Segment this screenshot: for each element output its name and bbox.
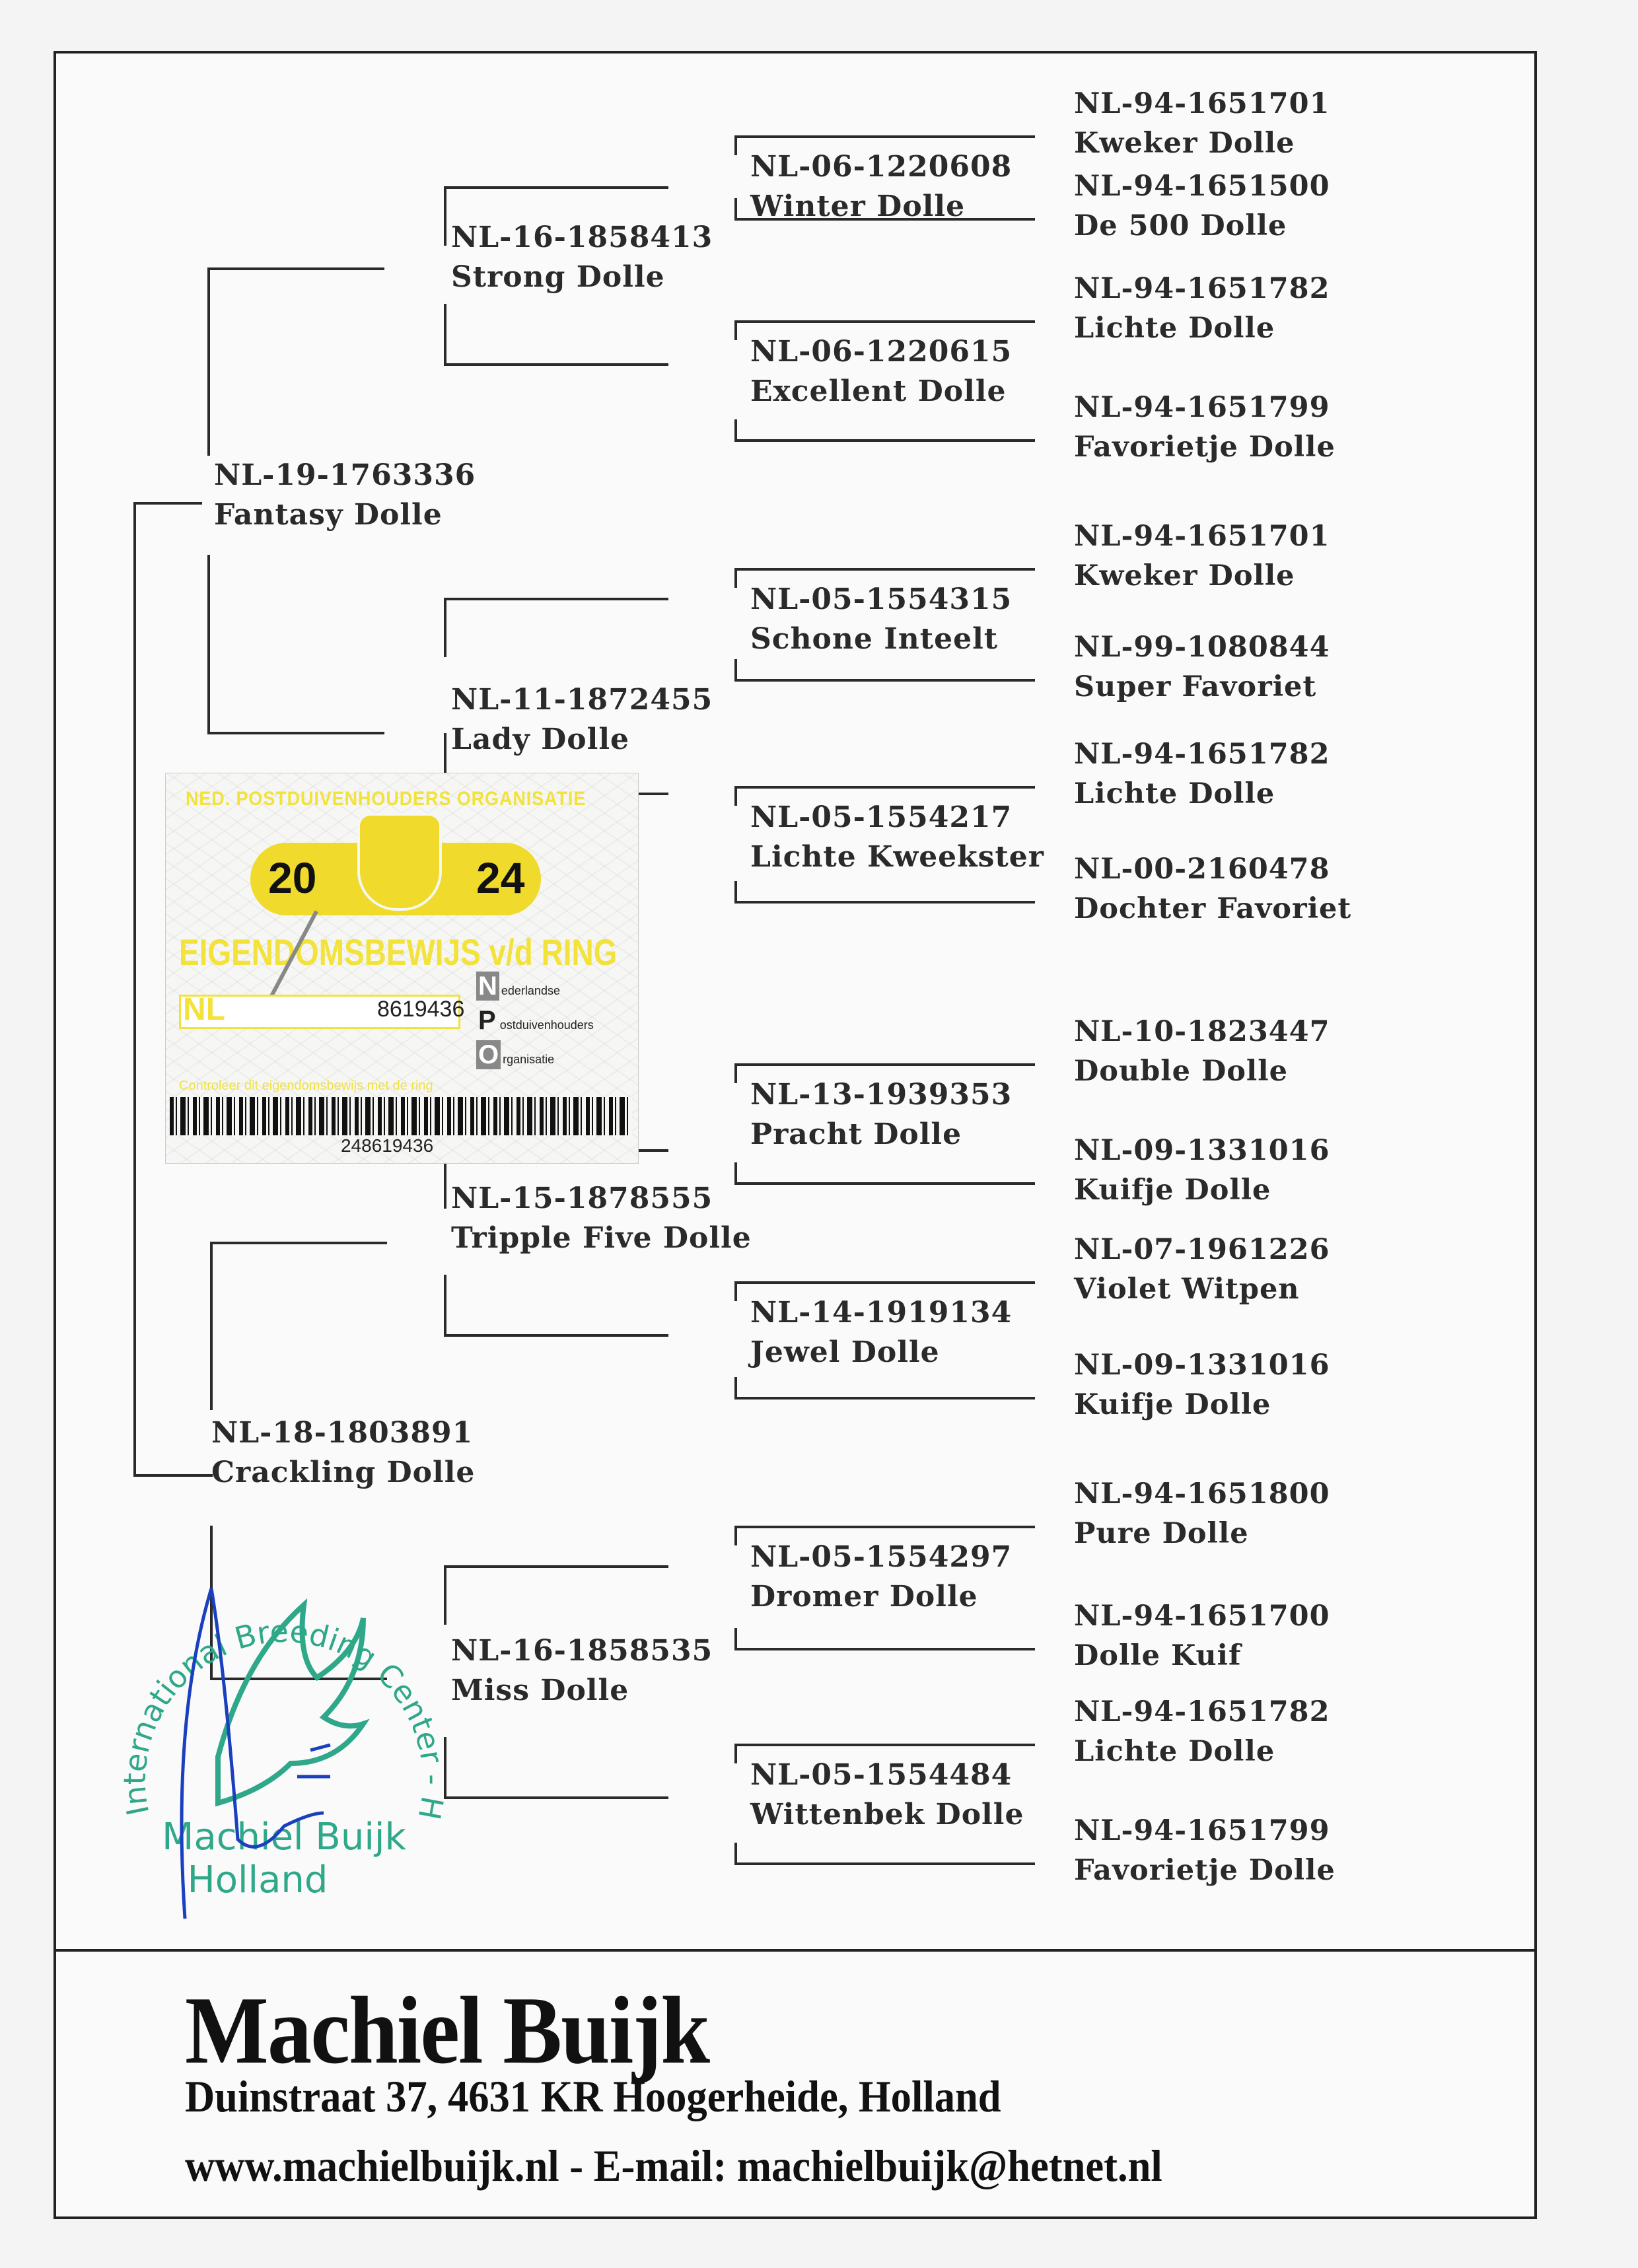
bird-name: Crackling Dolle (211, 1453, 475, 1493)
bird-name: Super Favoriet (1074, 667, 1330, 707)
bird-name: Violet Witpen (1074, 1269, 1330, 1309)
great-great-grandparent: NL-09-1331016Kuifje Dolle (1074, 1131, 1330, 1210)
npo-line: Organisatie (476, 1040, 554, 1070)
bird-name: Excellent Dolle (750, 372, 1012, 411)
ring-number: NL-07-1961226 (1074, 1230, 1330, 1269)
bird-name: Dromer Dolle (750, 1577, 1012, 1617)
great-great-grandparent: NL-99-1080844Super Favoriet (1074, 627, 1330, 707)
eagle-stamp-icon: International Breeding Center - Hoogerhe… (106, 1559, 462, 1929)
connector-line (734, 1526, 737, 1545)
connector-line (444, 1796, 668, 1799)
connector-line (734, 1744, 1035, 1746)
connector-line (207, 267, 210, 456)
great-great-grandparent: NL-00-2160478Dochter Favoriet (1074, 849, 1351, 929)
connector-line (444, 1334, 668, 1337)
ring-number: NL-13-1939353 (750, 1075, 1012, 1115)
connector-line (734, 1843, 737, 1862)
great-great-grandparent: NL-10-1823447Double Dolle (1074, 1012, 1330, 1091)
connector-line (207, 555, 210, 733)
ring-ownership-card: NED. POSTDUIVENHOUDERS ORGANISATIE 20 24… (165, 773, 639, 1164)
bird-name: Dochter Favoriet (1074, 889, 1351, 929)
grandparent: NL-16-1858413Strong Dolle (451, 218, 713, 297)
connector-line (444, 304, 446, 363)
bird-name: Schone Inteelt (750, 620, 1012, 659)
card-organisation: NED. POSTDUIVENHOUDERS ORGANISATIE (186, 788, 586, 810)
connector-line (210, 1242, 213, 1410)
connector-line (734, 419, 737, 439)
lion-shield-icon (357, 813, 442, 911)
connector-line (444, 1565, 668, 1568)
great-grandparent: NL-13-1939353Pracht Dolle (750, 1075, 1012, 1154)
bird-name: Lichte Dolle (1074, 774, 1330, 814)
connector-line (444, 186, 668, 189)
ring-number: NL-94-1651700 (1074, 1596, 1330, 1636)
ring-number: NL-94-1651782 (1074, 1692, 1330, 1732)
connector-line (734, 568, 737, 588)
barcode-number: 248619436 (341, 1135, 433, 1156)
great-great-grandparent: NL-09-1331016Kuifje Dolle (1074, 1345, 1330, 1425)
bird-name: Lichte Kweekster (750, 837, 1044, 877)
ring-number: NL-94-1651701 (1074, 516, 1330, 556)
ring-number: NL-10-1823447 (1074, 1012, 1330, 1051)
ring-number: NL-05-1554315 (750, 580, 1012, 620)
connector-line (734, 1182, 1035, 1185)
ring-number: NL-05-1554297 (750, 1538, 1012, 1577)
great-great-grandparent: NL-07-1961226Violet Witpen (1074, 1230, 1330, 1309)
great-great-grandparent: NL-94-1651701Kweker Dolle (1074, 84, 1330, 163)
bird-name: Winter Dolle (750, 187, 1012, 227)
connector-line (734, 786, 737, 806)
bird-name: Miss Dolle (451, 1671, 713, 1711)
ring-number: NL-94-1651799 (1074, 388, 1335, 427)
bird-name: Kuifje Dolle (1074, 1385, 1330, 1425)
npo-letter: P (476, 1006, 498, 1035)
footer-divider (53, 1949, 1537, 1952)
bird-name: Double Dolle (1074, 1051, 1330, 1091)
ring-number: NL-14-1919134 (750, 1293, 1012, 1333)
bird-name: Pracht Dolle (750, 1115, 1012, 1154)
connector-line (734, 1648, 1035, 1650)
connector-line (734, 1526, 1035, 1528)
ring-number: NL-94-1651800 (1074, 1474, 1330, 1514)
npo-line: Nederlandse (476, 972, 560, 1001)
connector-line (734, 198, 737, 218)
connector-line (734, 135, 737, 155)
svg-text:Holland: Holland (188, 1859, 328, 1901)
bird-name: Dolle Kuif (1074, 1636, 1330, 1676)
great-great-grandparent: NL-94-1651800Pure Dolle (1074, 1474, 1330, 1553)
bird-name: Favorietje Dolle (1074, 1851, 1335, 1890)
bird-name: Kweker Dolle (1074, 556, 1330, 596)
connector-line (734, 1397, 1035, 1400)
connector-line (133, 502, 202, 505)
connector-line (734, 568, 1035, 571)
connector-line (734, 320, 737, 340)
ring-number: NL-16-1858413 (451, 218, 713, 258)
bird-name: Fantasy Dolle (214, 495, 476, 535)
dam: NL-18-1803891Crackling Dolle (211, 1413, 475, 1493)
ring-number: NL-09-1331016 (1074, 1345, 1330, 1385)
connector-line (444, 363, 668, 366)
svg-text:International Breeding Center: International Breeding Center - Hoogerhe… (106, 1559, 451, 1823)
great-grandparent: NL-05-1554484Wittenbek Dolle (750, 1755, 1024, 1835)
bird-name: Wittenbek Dolle (750, 1795, 1024, 1835)
connector-line (133, 502, 136, 1477)
ring-number: NL-06-1220608 (750, 147, 1012, 187)
sire: NL-19-1763336Fantasy Dolle (214, 456, 476, 535)
connector-line (734, 786, 1035, 789)
great-grandparent: NL-06-1220608Winter Dolle (750, 147, 1012, 227)
connector-line (734, 1281, 737, 1301)
connector-line (207, 732, 384, 734)
npo-word: ostduivenhouders (500, 1018, 594, 1032)
ring-number: NL-05-1554484 (750, 1755, 1024, 1795)
connector-line (734, 901, 1035, 904)
ring-number: NL-00-2160478 (1074, 849, 1351, 889)
card-year-right: 24 (476, 853, 524, 903)
card-ring-number: 8619436 (377, 997, 464, 1022)
connector-line (444, 598, 668, 600)
grandparent: NL-16-1858535Miss Dolle (451, 1631, 713, 1711)
bird-name: Jewel Dolle (750, 1333, 1012, 1372)
great-great-grandparent: NL-94-1651782Lichte Dolle (1074, 269, 1330, 348)
ring-number: NL-11-1872455 (451, 680, 713, 720)
npo-letter: O (476, 1040, 501, 1069)
npo-word: rganisatie (503, 1053, 554, 1066)
ring-number: NL-09-1331016 (1074, 1131, 1330, 1170)
connector-line (734, 1862, 1035, 1865)
great-grandparent: NL-05-1554297Dromer Dolle (750, 1538, 1012, 1617)
great-great-grandparent: NL-94-1651782Lichte Dolle (1074, 734, 1330, 814)
connector-line (734, 881, 737, 901)
ring-number: NL-94-1651799 (1074, 1811, 1335, 1851)
connector-line (734, 320, 1035, 323)
ring-number: NL-99-1080844 (1074, 627, 1330, 667)
ring-number: NL-06-1220615 (750, 332, 1012, 372)
bird-name: De 500 Dolle (1074, 206, 1330, 246)
bird-name: Lichte Dolle (1074, 308, 1330, 348)
connector-line (734, 1377, 737, 1397)
breeder-name: Machiel Buijk (185, 1975, 709, 2086)
ring-number: NL-16-1858535 (451, 1631, 713, 1671)
connector-line (734, 1063, 737, 1083)
svg-text:Machiel Buijk: Machiel Buijk (162, 1816, 406, 1859)
card-control-text: Controleer dit eigendomsbewijs met de ri… (179, 1079, 433, 1094)
bird-name: Tripple Five Dolle (451, 1219, 752, 1258)
npo-word: ederlandse (501, 984, 560, 997)
connector-line (734, 439, 1035, 442)
card-title: EIGENDOMSBEWIJS v/d RING (179, 931, 617, 974)
breeding-center-stamp: International Breeding Center - Hoogerhe… (106, 1559, 462, 1929)
great-grandparent: NL-05-1554217Lichte Kweekster (750, 798, 1044, 877)
ring-number: NL-05-1554217 (750, 798, 1044, 837)
ring-number: NL-15-1878555 (451, 1179, 752, 1219)
connector-line (444, 1275, 446, 1334)
breeder-address: Duinstraat 37, 4631 KR Hoogerheide, Holl… (185, 2071, 1001, 2123)
barcode-icon (170, 1097, 632, 1135)
ring-number: NL-94-1651782 (1074, 269, 1330, 308)
connector-line (210, 1242, 387, 1244)
ring-number: NL-94-1651782 (1074, 734, 1330, 774)
npo-letter: N (476, 972, 499, 1001)
breeder-contact: www.machielbuijk.nl - E-mail: machielbui… (185, 2140, 1162, 2192)
connector-line (444, 598, 446, 657)
connector-line (734, 679, 1035, 682)
bird-name: Pure Dolle (1074, 1514, 1330, 1553)
great-great-grandparent: NL-94-1651701Kweker Dolle (1074, 516, 1330, 596)
great-grandparent: NL-05-1554315Schone Inteelt (750, 580, 1012, 659)
connector-line (734, 1063, 1035, 1066)
connector-line (207, 267, 384, 270)
grandparent: NL-11-1872455Lady Dolle (451, 680, 713, 760)
great-great-grandparent: NL-94-1651782Lichte Dolle (1074, 1692, 1330, 1771)
great-great-grandparent: NL-94-1651700Dolle Kuif (1074, 1596, 1330, 1676)
connector-line (734, 659, 737, 679)
great-grandparent: NL-14-1919134Jewel Dolle (750, 1293, 1012, 1372)
connector-line (734, 1744, 737, 1763)
grandparent: NL-15-1878555Tripple Five Dolle (451, 1179, 752, 1258)
ring-number: NL-19-1763336 (214, 456, 476, 495)
ring-number: NL-94-1651500 (1074, 166, 1330, 206)
connector-line (734, 1628, 737, 1648)
connector-line (734, 135, 1035, 138)
great-great-grandparent: NL-94-1651500De 500 Dolle (1074, 166, 1330, 246)
card-year-left: 20 (268, 853, 316, 903)
card-country: NL (183, 991, 225, 1028)
bird-name: Kuifje Dolle (1074, 1170, 1330, 1210)
bird-name: Strong Dolle (451, 258, 713, 297)
bird-name: Lady Dolle (451, 720, 713, 760)
great-grandparent: NL-06-1220615Excellent Dolle (750, 332, 1012, 411)
connector-line (133, 1474, 213, 1477)
connector-line (444, 186, 446, 246)
bird-name: Kweker Dolle (1074, 124, 1330, 163)
connector-line (734, 1281, 1035, 1284)
ring-number: NL-18-1803891 (211, 1413, 475, 1453)
bird-name: Favorietje Dolle (1074, 427, 1335, 467)
great-great-grandparent: NL-94-1651799Favorietje Dolle (1074, 388, 1335, 467)
ring-number: NL-94-1651701 (1074, 84, 1330, 124)
npo-line: Postduivenhouders (476, 1006, 594, 1036)
great-great-grandparent: NL-94-1651799Favorietje Dolle (1074, 1811, 1335, 1890)
bird-name: Lichte Dolle (1074, 1732, 1330, 1771)
